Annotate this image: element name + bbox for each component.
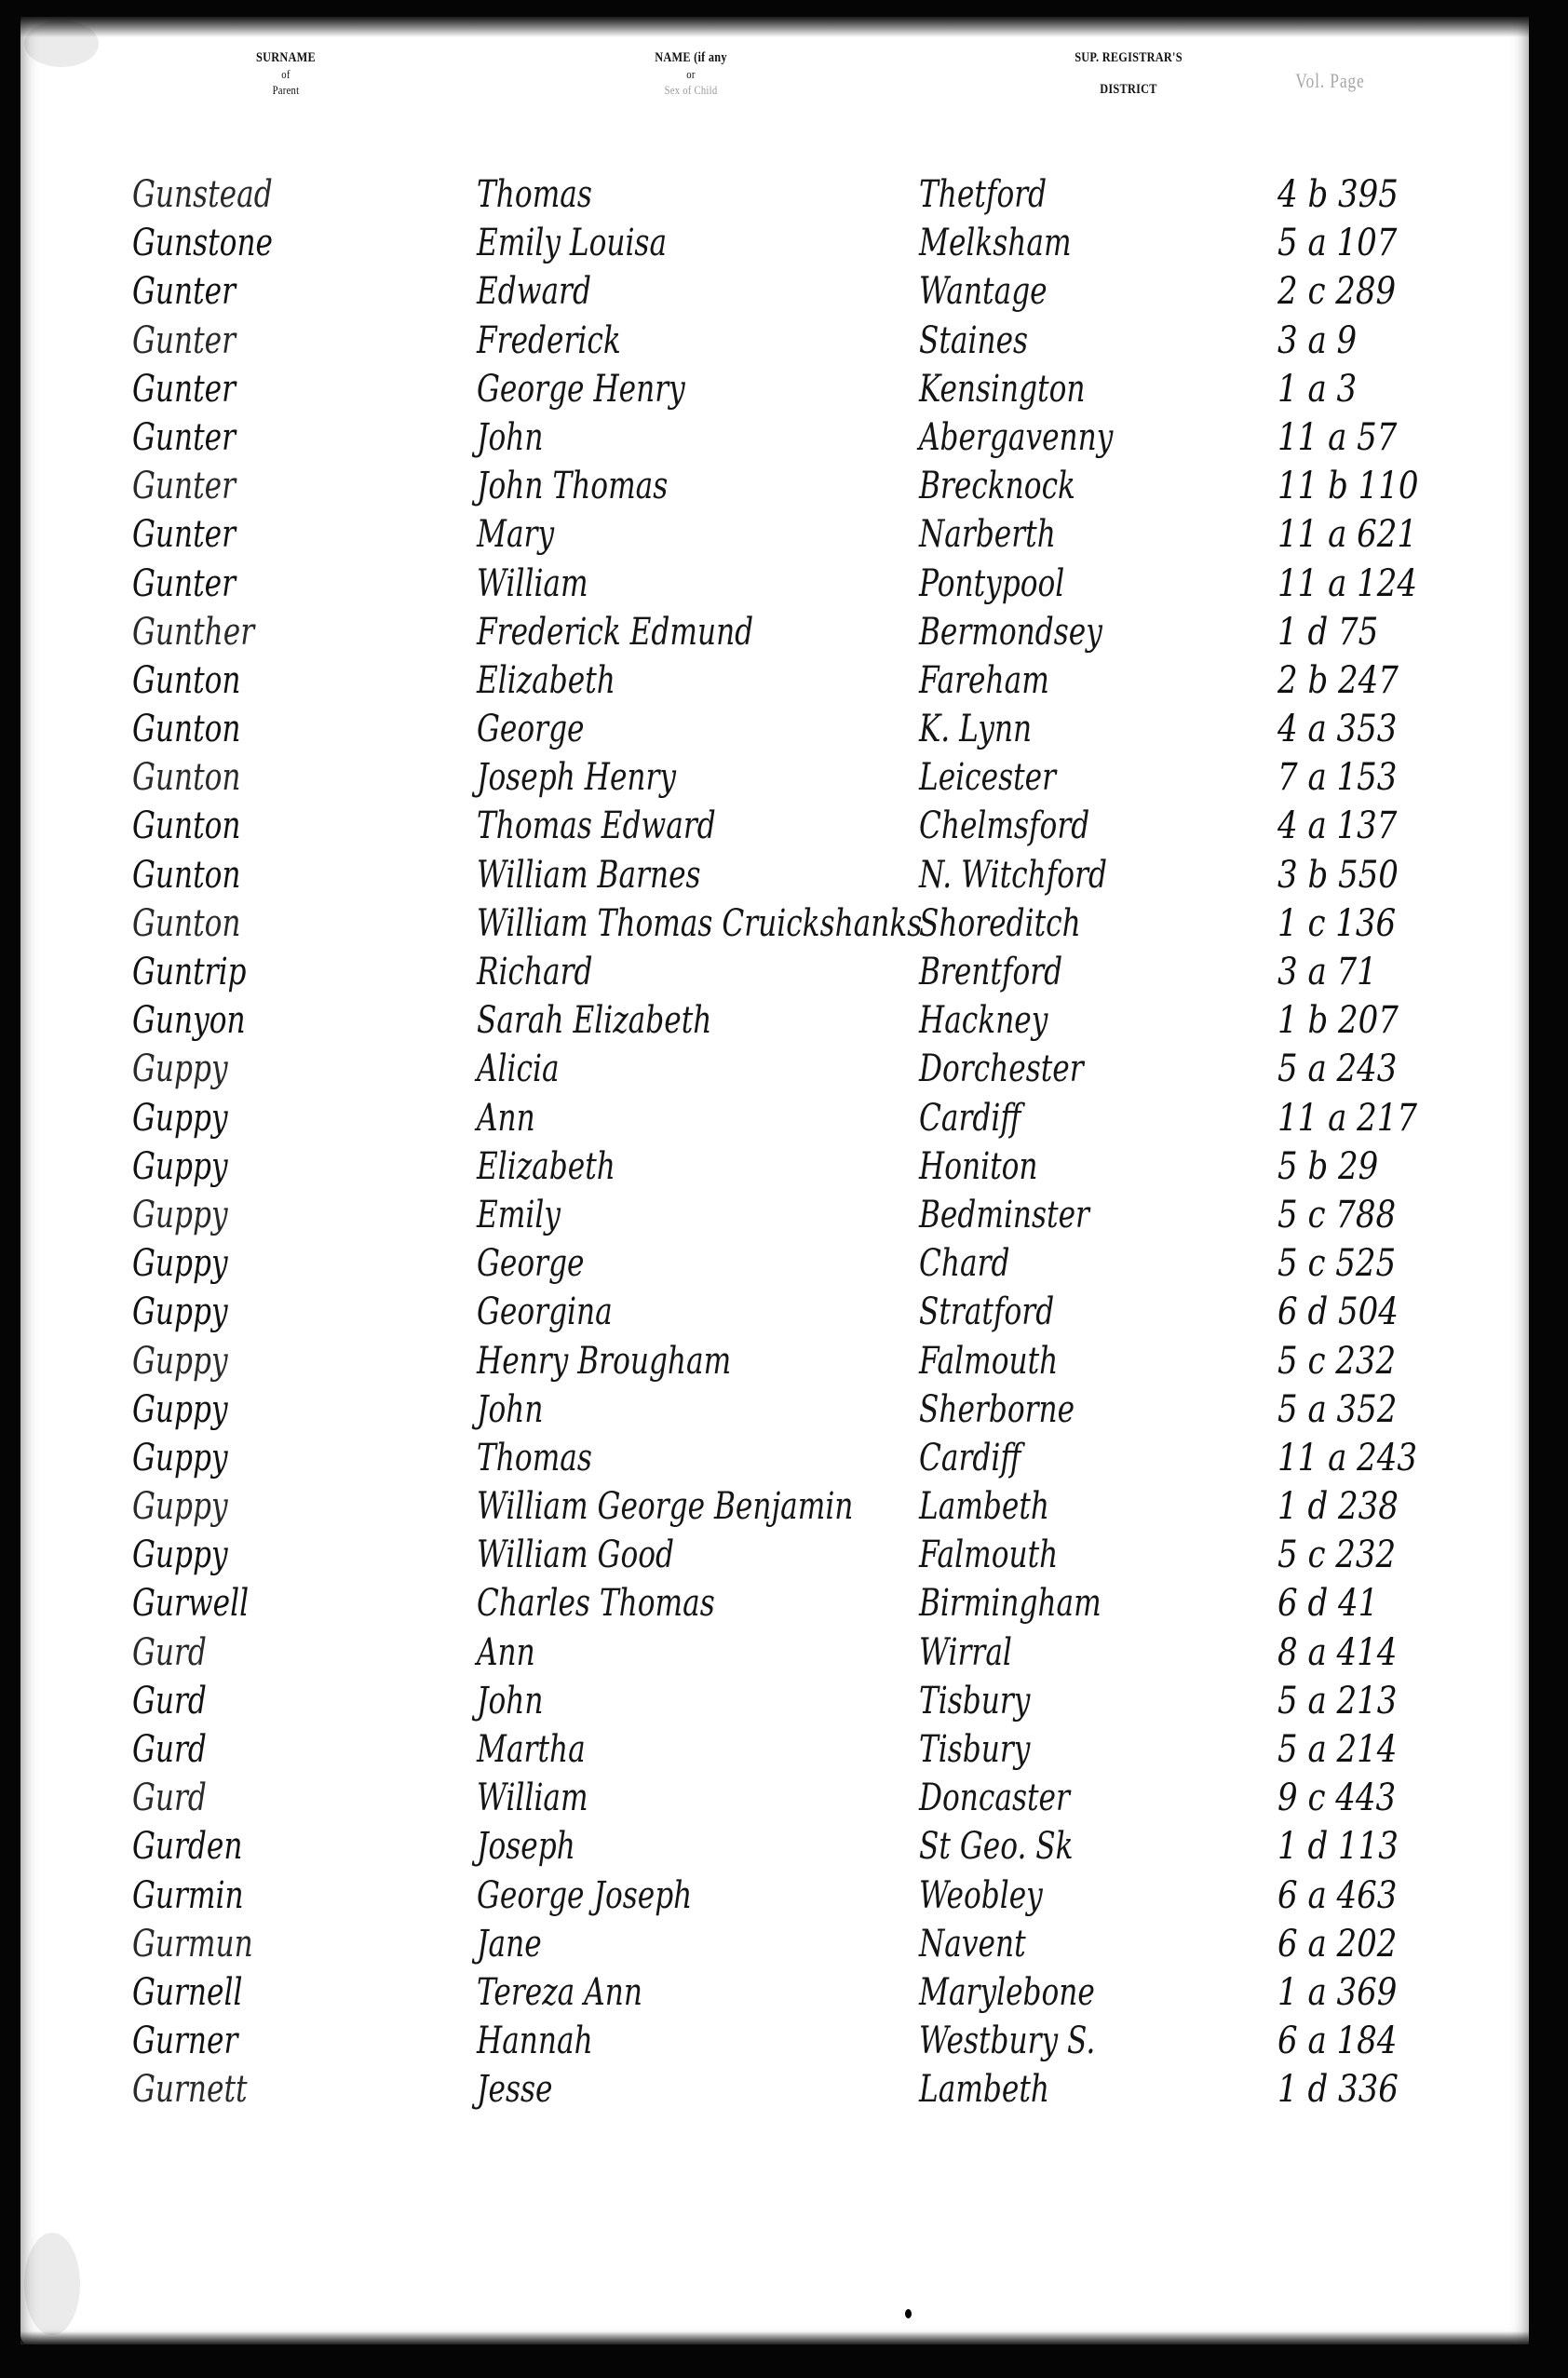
register-entry: GuppyWilliam George BenjaminLambeth1 d 2… [20, 1482, 1529, 1531]
entry-vol-page: 5 a 107 [1277, 219, 1397, 267]
entry-name: George [477, 1239, 585, 1288]
entry-name: Alicia [477, 1045, 560, 1093]
entry-vol-page: 1 d 113 [1277, 1822, 1399, 1871]
register-entry: GuppyGeorgeChard5 c 525 [20, 1239, 1529, 1288]
register-entry: GunyonSarah ElizabethHackney1 b 207 [20, 996, 1529, 1045]
entry-vol-page: 1 a 369 [1277, 1968, 1397, 2017]
entry-name: George [477, 705, 585, 753]
header-name-line3: Sex of Child [645, 82, 737, 98]
entry-vol-page: 11 a 57 [1277, 413, 1397, 462]
entry-surname: Gunter [132, 317, 236, 365]
entry-district: Staines [919, 317, 1028, 365]
entry-name: John [477, 413, 543, 462]
entry-vol-page: 11 a 621 [1277, 510, 1417, 559]
register-entry: GuppyJohnSherborne5 a 352 [20, 1385, 1529, 1434]
entry-name: William Good [477, 1531, 674, 1579]
entry-name: William George Benjamin [477, 1482, 853, 1531]
entry-vol-page: 5 c 232 [1277, 1531, 1396, 1579]
entry-district: Wirral [919, 1628, 1012, 1677]
entry-name: John Thomas [477, 462, 668, 510]
entry-surname: Guppy [132, 1191, 228, 1239]
register-entry: GurminGeorge JosephWeobley6 a 463 [20, 1871, 1529, 1920]
entry-surname: Gunther [132, 608, 254, 656]
entry-district: Tisbury [919, 1725, 1030, 1774]
header-vol-page: Vol. Page [1295, 69, 1364, 93]
entry-name: Georgina [477, 1288, 613, 1336]
header-surname-line3: Parent [240, 82, 331, 98]
entry-vol-page: 2 c 289 [1277, 267, 1396, 316]
register-entry: GunterMaryNarberth11 a 621 [20, 510, 1529, 559]
entry-surname: Gunton [132, 656, 241, 705]
register-entry: GuppyElizabethHoniton5 b 29 [20, 1142, 1529, 1191]
entry-surname: Gurnett [132, 2065, 248, 2114]
entry-vol-page: 4 b 395 [1277, 170, 1399, 219]
entry-name: Richard [477, 948, 593, 996]
register-entry: GurnettJesseLambeth1 d 336 [20, 2065, 1529, 2114]
register-entry: GuntonJoseph HenryLeicester7 a 153 [20, 753, 1529, 802]
entry-district: St Geo. Sk [919, 1822, 1074, 1871]
register-entry: GuppyWilliam GoodFalmouth5 c 232 [20, 1531, 1529, 1579]
entry-name: Elizabeth [477, 1142, 615, 1191]
register-entry: GurmunJaneNavent6 a 202 [20, 1920, 1529, 1968]
entry-district: Sherborne [919, 1385, 1075, 1434]
entry-surname: Gurmin [132, 1871, 244, 1920]
entry-surname: Gunton [132, 705, 241, 753]
register-entry: GuppyAnnCardiff11 a 217 [20, 1094, 1529, 1142]
entry-vol-page: 9 c 443 [1277, 1774, 1396, 1822]
entry-district: Falmouth [919, 1531, 1058, 1579]
entry-name: William Barnes [477, 851, 701, 899]
entry-vol-page: 5 b 29 [1277, 1142, 1378, 1191]
entry-surname: Gunter [132, 267, 236, 316]
entry-name: Hannah [477, 2017, 593, 2065]
entry-surname: Gurnell [132, 1968, 242, 2017]
entry-name: Ann [477, 1628, 535, 1677]
entry-surname: Gunter [132, 510, 236, 559]
entry-district: Chelmsford [919, 802, 1089, 850]
entry-vol-page: 1 d 336 [1277, 2065, 1399, 2114]
entry-district: Narberth [919, 510, 1056, 559]
entry-vol-page: 4 a 137 [1277, 802, 1397, 850]
register-entry: GuntonWilliam Thomas CruickshanksShoredi… [20, 899, 1529, 948]
entry-surname: Guppy [132, 1045, 228, 1093]
entry-name: Edward [477, 267, 591, 316]
entry-district: Lambeth [919, 1482, 1049, 1531]
entry-surname: Gurd [132, 1677, 207, 1725]
entry-district: Leicester [919, 753, 1056, 802]
scan-frame: SURNAME of Parent NAME (if any or Sex of… [0, 0, 1568, 2378]
register-entry: GurdMarthaTisbury5 a 214 [20, 1725, 1529, 1774]
entry-name: Thomas Edward [477, 802, 716, 850]
entry-vol-page: 5 a 214 [1277, 1725, 1397, 1774]
header-district-line1: SUP. REGISTRAR'S [1014, 50, 1243, 66]
entry-name: Thomas [477, 170, 592, 219]
register-entry: GurdWilliamDoncaster9 c 443 [20, 1774, 1529, 1822]
register-entry: GurdJohnTisbury5 a 213 [20, 1677, 1529, 1725]
entry-vol-page: 6 d 41 [1277, 1579, 1378, 1628]
entry-name: Thomas [477, 1434, 592, 1482]
register-entry: GuppyThomasCardiff11 a 243 [20, 1434, 1529, 1482]
entry-district: Navent [919, 1920, 1026, 1968]
register-page: SURNAME of Parent NAME (if any or Sex of… [20, 17, 1529, 2344]
entry-name: Ann [477, 1094, 535, 1142]
entry-district: Chard [919, 1239, 1009, 1288]
header-name-line2: or [645, 66, 737, 82]
entry-surname: Guppy [132, 1288, 228, 1336]
entry-district: Marylebone [919, 1968, 1095, 2017]
entry-district: Stratford [919, 1288, 1054, 1336]
entry-name: William [477, 1774, 588, 1822]
entry-surname: Gunton [132, 753, 241, 802]
ink-dot [905, 2309, 912, 2318]
entry-vol-page: 1 d 238 [1277, 1482, 1399, 1531]
entry-vol-page: 5 a 213 [1277, 1677, 1397, 1725]
entry-name: Emily Louisa [477, 219, 667, 267]
register-entry: GurdenJosephSt Geo. Sk1 d 113 [20, 1822, 1529, 1871]
column-headers: SURNAME of Parent NAME (if any or Sex of… [20, 37, 1529, 121]
entry-vol-page: 11 a 124 [1277, 560, 1417, 608]
register-entry: GunterFrederickStaines3 a 9 [20, 317, 1529, 365]
entry-surname: Gurner [132, 2017, 237, 2065]
header-surname-line1: SURNAME [240, 50, 331, 66]
entry-surname: Gurd [132, 1725, 207, 1774]
header-district-line2: DISTRICT [1014, 82, 1243, 98]
register-entries: GunsteadThomasThetford4 b 395GunstoneEmi… [20, 170, 1529, 2115]
entry-district: Fareham [919, 656, 1049, 705]
entry-name: Charles Thomas [477, 1579, 715, 1628]
entry-vol-page: 5 c 788 [1277, 1191, 1396, 1239]
entry-district: Dorchester [919, 1045, 1084, 1093]
entry-district: Thetford [919, 170, 1047, 219]
register-entry: GuntonGeorgeK. Lynn4 a 353 [20, 705, 1529, 753]
entry-district: Lambeth [919, 2065, 1049, 2114]
register-entry: GunstoneEmily LouisaMelksham5 a 107 [20, 219, 1529, 267]
entry-vol-page: 6 a 463 [1277, 1871, 1397, 1920]
entry-district: N. Witchford [919, 851, 1107, 899]
entry-surname: Guppy [132, 1531, 228, 1579]
entry-vol-page: 8 a 414 [1277, 1628, 1397, 1677]
register-entry: GuppyHenry BroughamFalmouth5 c 232 [20, 1337, 1529, 1385]
entry-surname: Gunton [132, 851, 241, 899]
entry-name: William Thomas Cruickshanks [477, 899, 922, 948]
entry-surname: Guppy [132, 1142, 228, 1191]
entry-district: Tisbury [919, 1677, 1030, 1725]
entry-vol-page: 5 a 352 [1277, 1385, 1397, 1434]
entry-district: Cardiff [919, 1434, 1021, 1482]
entry-district: Brecknock [919, 462, 1075, 510]
entry-vol-page: 6 a 184 [1277, 2017, 1397, 2065]
entry-surname: Gunyon [132, 996, 246, 1045]
header-name: NAME (if any or Sex of Child [645, 50, 737, 98]
entry-district: Melksham [919, 219, 1072, 267]
entry-name: Sarah Elizabeth [477, 996, 711, 1045]
entry-surname: Guntrip [132, 948, 247, 996]
entry-district: Bermondsey [919, 608, 1102, 656]
entry-district: Weobley [919, 1871, 1043, 1920]
entry-surname: Gunton [132, 802, 241, 850]
entry-vol-page: 5 c 232 [1277, 1337, 1396, 1385]
entry-vol-page: 1 b 207 [1277, 996, 1399, 1045]
register-entry: GurdAnnWirral8 a 414 [20, 1628, 1529, 1677]
register-entry: GunterEdwardWantage2 c 289 [20, 267, 1529, 316]
entry-district: Birmingham [919, 1579, 1102, 1628]
entry-vol-page: 2 b 247 [1277, 656, 1399, 705]
entry-name: Joseph [477, 1822, 575, 1871]
entry-district: Kensington [919, 365, 1086, 413]
entry-name: Martha [477, 1725, 586, 1774]
entry-surname: Guppy [132, 1094, 228, 1142]
entry-surname: Gunter [132, 462, 236, 510]
register-entry: GuntripRichardBrentford3 a 71 [20, 948, 1529, 996]
entry-district: K. Lynn [919, 705, 1032, 753]
register-entry: GunterJohn ThomasBrecknock11 b 110 [20, 462, 1529, 510]
entry-vol-page: 3 a 71 [1277, 948, 1377, 996]
entry-surname: Gunstone [132, 219, 273, 267]
entry-surname: Gunton [132, 899, 241, 948]
entry-surname: Gurwell [132, 1579, 249, 1628]
entry-name: Mary [477, 510, 554, 559]
page-stain [24, 2233, 80, 2335]
entry-surname: Gurd [132, 1774, 207, 1822]
register-entry: GurnerHannahWestbury S.6 a 184 [20, 2017, 1529, 2065]
entry-name: Emily [477, 1191, 561, 1239]
entry-surname: Gunter [132, 365, 236, 413]
entry-name: Joseph Henry [477, 753, 676, 802]
entry-surname: Guppy [132, 1385, 228, 1434]
register-entry: GuntherFrederick EdmundBermondsey1 d 75 [20, 608, 1529, 656]
register-entry: GunterWilliamPontypool11 a 124 [20, 560, 1529, 608]
register-entry: GunterJohnAbergavenny11 a 57 [20, 413, 1529, 462]
register-entry: GuppyGeorginaStratford6 d 504 [20, 1288, 1529, 1336]
header-name-line1: NAME (if any [645, 50, 737, 66]
register-entry: GuppyEmilyBedminster5 c 788 [20, 1191, 1529, 1239]
entry-district: Shoreditch [919, 899, 1081, 948]
entry-name: Elizabeth [477, 656, 615, 705]
entry-district: Bedminster [919, 1191, 1089, 1239]
entry-surname: Gurd [132, 1628, 207, 1677]
entry-district: Abergavenny [919, 413, 1113, 462]
register-entry: GuntonWilliam BarnesN. Witchford3 b 550 [20, 851, 1529, 899]
entry-surname: Gunter [132, 413, 236, 462]
entry-vol-page: 1 a 3 [1277, 365, 1357, 413]
entry-name: Tereza Ann [477, 1968, 642, 2017]
entry-vol-page: 3 b 550 [1277, 851, 1399, 899]
entry-vol-page: 5 a 243 [1277, 1045, 1397, 1093]
entry-vol-page: 11 a 243 [1277, 1434, 1417, 1482]
register-entry: GunterGeorge HenryKensington1 a 3 [20, 365, 1529, 413]
entry-district: Hackney [919, 996, 1048, 1045]
entry-district: Pontypool [919, 560, 1064, 608]
header-district: SUP. REGISTRAR'S DISTRICT [1014, 50, 1243, 98]
register-entry: GurnellTereza AnnMarylebone1 a 369 [20, 1968, 1529, 2017]
entry-vol-page: 6 d 504 [1277, 1288, 1399, 1336]
entry-district: Honiton [919, 1142, 1037, 1191]
entry-surname: Guppy [132, 1482, 228, 1531]
entry-name: Frederick Edmund [477, 608, 753, 656]
entry-surname: Guppy [132, 1434, 228, 1482]
entry-name: John [477, 1677, 543, 1725]
entry-surname: Gurden [132, 1822, 242, 1871]
entry-vol-page: 7 a 153 [1277, 753, 1397, 802]
entry-district: Wantage [919, 267, 1048, 316]
entry-surname: Gurmun [132, 1920, 253, 1968]
entry-name: Frederick [477, 317, 621, 365]
register-entry: GuntonThomas EdwardChelmsford4 a 137 [20, 802, 1529, 850]
entry-surname: Gunter [132, 560, 236, 608]
entry-name: William [477, 560, 588, 608]
entry-district: Cardiff [919, 1094, 1021, 1142]
register-entry: GunsteadThomasThetford4 b 395 [20, 170, 1529, 219]
entry-surname: Guppy [132, 1239, 228, 1288]
entry-district: Falmouth [919, 1337, 1058, 1385]
entry-name: Jesse [477, 2065, 552, 2114]
entry-vol-page: 3 a 9 [1277, 317, 1357, 365]
entry-vol-page: 6 a 202 [1277, 1920, 1397, 1968]
entry-name: Jane [477, 1920, 542, 1968]
header-surname: SURNAME of Parent [240, 50, 331, 98]
entry-name: John [477, 1385, 543, 1434]
entry-name: George Joseph [477, 1871, 692, 1920]
register-entry: GuntonElizabethFareham2 b 247 [20, 656, 1529, 705]
entry-vol-page: 11 b 110 [1277, 462, 1419, 510]
entry-vol-page: 1 c 136 [1277, 899, 1396, 948]
entry-vol-page: 4 a 353 [1277, 705, 1397, 753]
page-stain [24, 20, 99, 67]
header-surname-line2: of [240, 66, 331, 82]
entry-vol-page: 11 a 217 [1277, 1094, 1417, 1142]
entry-name: George Henry [477, 365, 685, 413]
entry-vol-page: 1 d 75 [1277, 608, 1378, 656]
register-entry: GurwellCharles ThomasBirmingham6 d 41 [20, 1579, 1529, 1628]
register-entry: GuppyAliciaDorchester5 a 243 [20, 1045, 1529, 1093]
entry-district: Westbury S. [919, 2017, 1095, 2065]
entry-name: Henry Brougham [477, 1337, 731, 1385]
entry-district: Brentford [919, 948, 1062, 996]
entry-district: Doncaster [919, 1774, 1070, 1822]
entry-surname: Guppy [132, 1337, 228, 1385]
entry-vol-page: 5 c 525 [1277, 1239, 1396, 1288]
entry-surname: Gunstead [132, 170, 273, 219]
